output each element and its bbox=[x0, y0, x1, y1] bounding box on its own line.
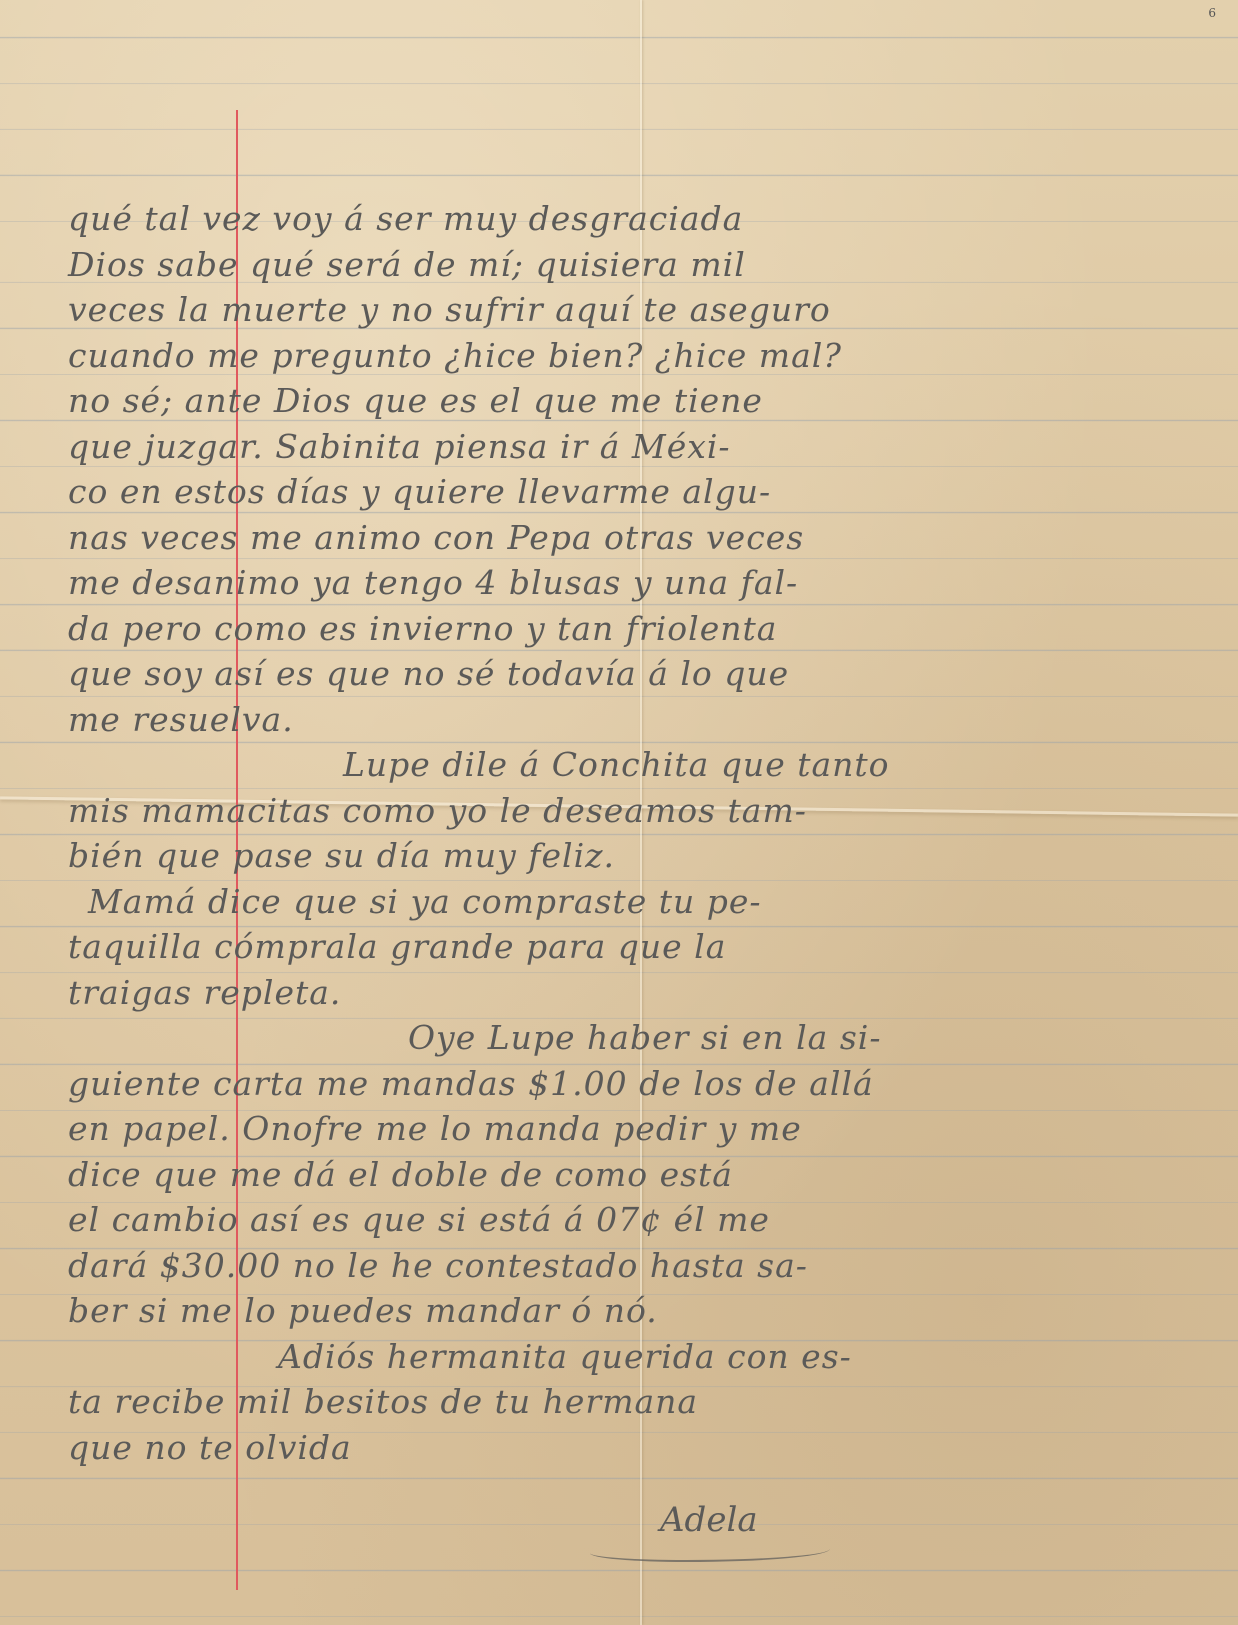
letter-body: qué tal vez voy á ser muy desgraciada Di… bbox=[68, 196, 1208, 1470]
letter-line: Adiós hermanita querida con es- bbox=[68, 1334, 1208, 1380]
letter-line: en papel. Onofre me lo manda pedir y me bbox=[68, 1106, 1208, 1152]
letter-line: mis mamacitas como yo le deseamos tam- bbox=[68, 788, 1208, 834]
letter-line: cuando me pregunto ¿hice bien? ¿hice mal… bbox=[68, 333, 1208, 379]
letter-line: no sé; ante Dios que es el que me tiene bbox=[68, 378, 1208, 424]
letter-line: da pero como es invierno y tan friolenta bbox=[68, 606, 1208, 652]
letter-page: 6 qué tal vez voy á ser muy desgraciada … bbox=[0, 0, 1238, 1625]
letter-line: qué tal vez voy á ser muy desgraciada bbox=[68, 196, 1208, 242]
letter-line: Mamá dice que si ya compraste tu pe- bbox=[68, 879, 1208, 925]
letter-line: nas veces me animo con Pepa otras veces bbox=[68, 515, 1208, 561]
letter-line: bién que pase su día muy feliz. bbox=[68, 833, 1208, 879]
letter-line: ta recibe mil besitos de tu hermana bbox=[68, 1379, 1208, 1425]
letter-line: que soy así es que no sé todavía á lo qu… bbox=[68, 651, 1208, 697]
letter-line: dice que me dá el doble de como está bbox=[68, 1152, 1208, 1198]
letter-line: taquilla cómprala grande para que la bbox=[68, 924, 1208, 970]
letter-line: ber si me lo puedes mandar ó nó. bbox=[68, 1288, 1208, 1334]
letter-line: el cambio así es que si está á 07¢ él me bbox=[68, 1197, 1208, 1243]
letter-line: Dios sabe qué será de mí; quisiera mil bbox=[68, 242, 1208, 288]
letter-line: que no te olvida bbox=[68, 1425, 1208, 1471]
signature: Adela bbox=[660, 1500, 758, 1540]
letter-line: Oye Lupe haber si en la si- bbox=[68, 1015, 1208, 1061]
letter-line: que juzgar. Sabinita piensa ir á Méxi- bbox=[68, 424, 1208, 470]
letter-line: dará $30.00 no le he contestado hasta sa… bbox=[68, 1243, 1208, 1289]
letter-line: traigas repleta. bbox=[68, 970, 1208, 1016]
letter-line: me desanimo ya tengo 4 blusas y una fal- bbox=[68, 560, 1208, 606]
letter-line: me resuelva. bbox=[68, 697, 1208, 743]
page-number: 6 bbox=[1208, 6, 1216, 20]
letter-line: veces la muerte y no sufrir aquí te aseg… bbox=[68, 287, 1208, 333]
letter-line: co en estos días y quiere llevarme algu- bbox=[68, 469, 1208, 515]
letter-line: Lupe dile á Conchita que tanto bbox=[68, 742, 1208, 788]
letter-line: guiente carta me mandas $1.00 de los de … bbox=[68, 1061, 1208, 1107]
